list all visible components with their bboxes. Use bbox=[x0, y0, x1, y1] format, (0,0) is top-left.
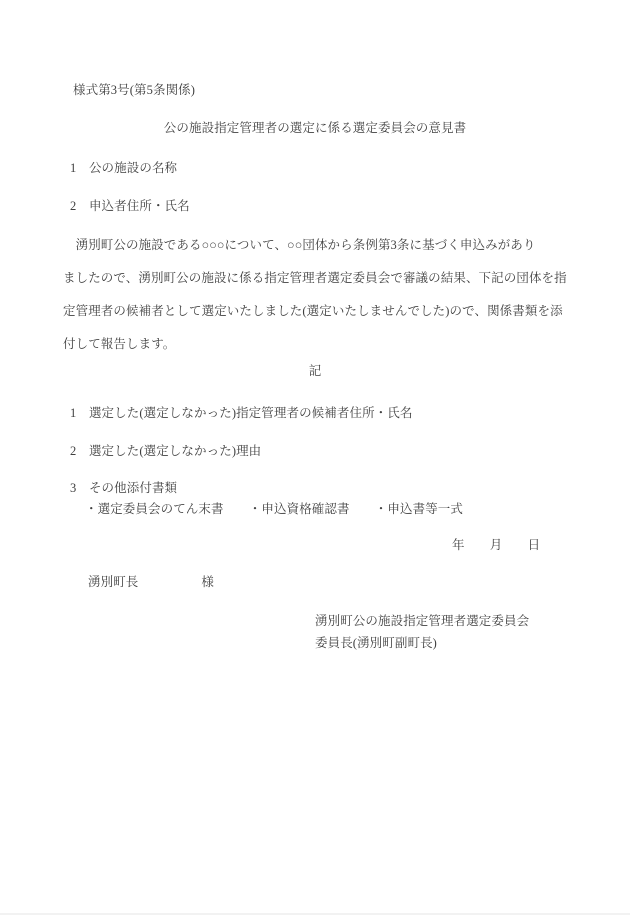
body-line-2: ましたので、湧別町公の施設に係る指定管理者選定委員会で審議の結果、下記の団体を指 bbox=[63, 270, 567, 286]
listed-item-candidate: 1 選定した(選定しなかった)指定管理者の候補者住所・氏名 bbox=[70, 405, 412, 421]
item-applicant-address-name: 2 申込者住所・氏名 bbox=[70, 198, 190, 214]
form-number: 様式第3号(第5条関係) bbox=[73, 82, 195, 98]
body-line-1: 湧別町公の施設である○○○について、○○団体から条例第3条に基づく申込みがあり bbox=[63, 237, 567, 253]
listed-item-attachments: 3 その他添付書類 bbox=[70, 480, 177, 496]
document-title: 公の施設指定管理者の選定に係る選定委員会の意見書 bbox=[0, 120, 630, 136]
signature-committee: 湧別町公の施設指定管理者選定委員会 bbox=[315, 613, 529, 629]
ki-heading: 記 bbox=[0, 363, 630, 379]
document-page: 様式第3号(第5条関係) 公の施設指定管理者の選定に係る選定委員会の意見書 1 … bbox=[0, 0, 630, 915]
item-facility-name: 1 公の施設の名称 bbox=[70, 160, 177, 176]
addressee-line: 湧別町長 様 bbox=[88, 574, 214, 590]
signature-chairperson: 委員長(湧別町副町長) bbox=[315, 635, 437, 651]
body-line-3: 定管理者の候補者として選定いたしました(選定いたしませんでした)ので、関係書類を… bbox=[63, 303, 567, 319]
attachments-list: ・選定委員会のてん末書 ・申込資格確認書 ・申込書等一式 bbox=[85, 501, 463, 517]
listed-item-reason: 2 選定した(選定しなかった)理由 bbox=[70, 443, 261, 459]
date-line: 年 月 日 bbox=[452, 537, 540, 553]
body-line-4: 付して報告します。 bbox=[63, 336, 567, 352]
